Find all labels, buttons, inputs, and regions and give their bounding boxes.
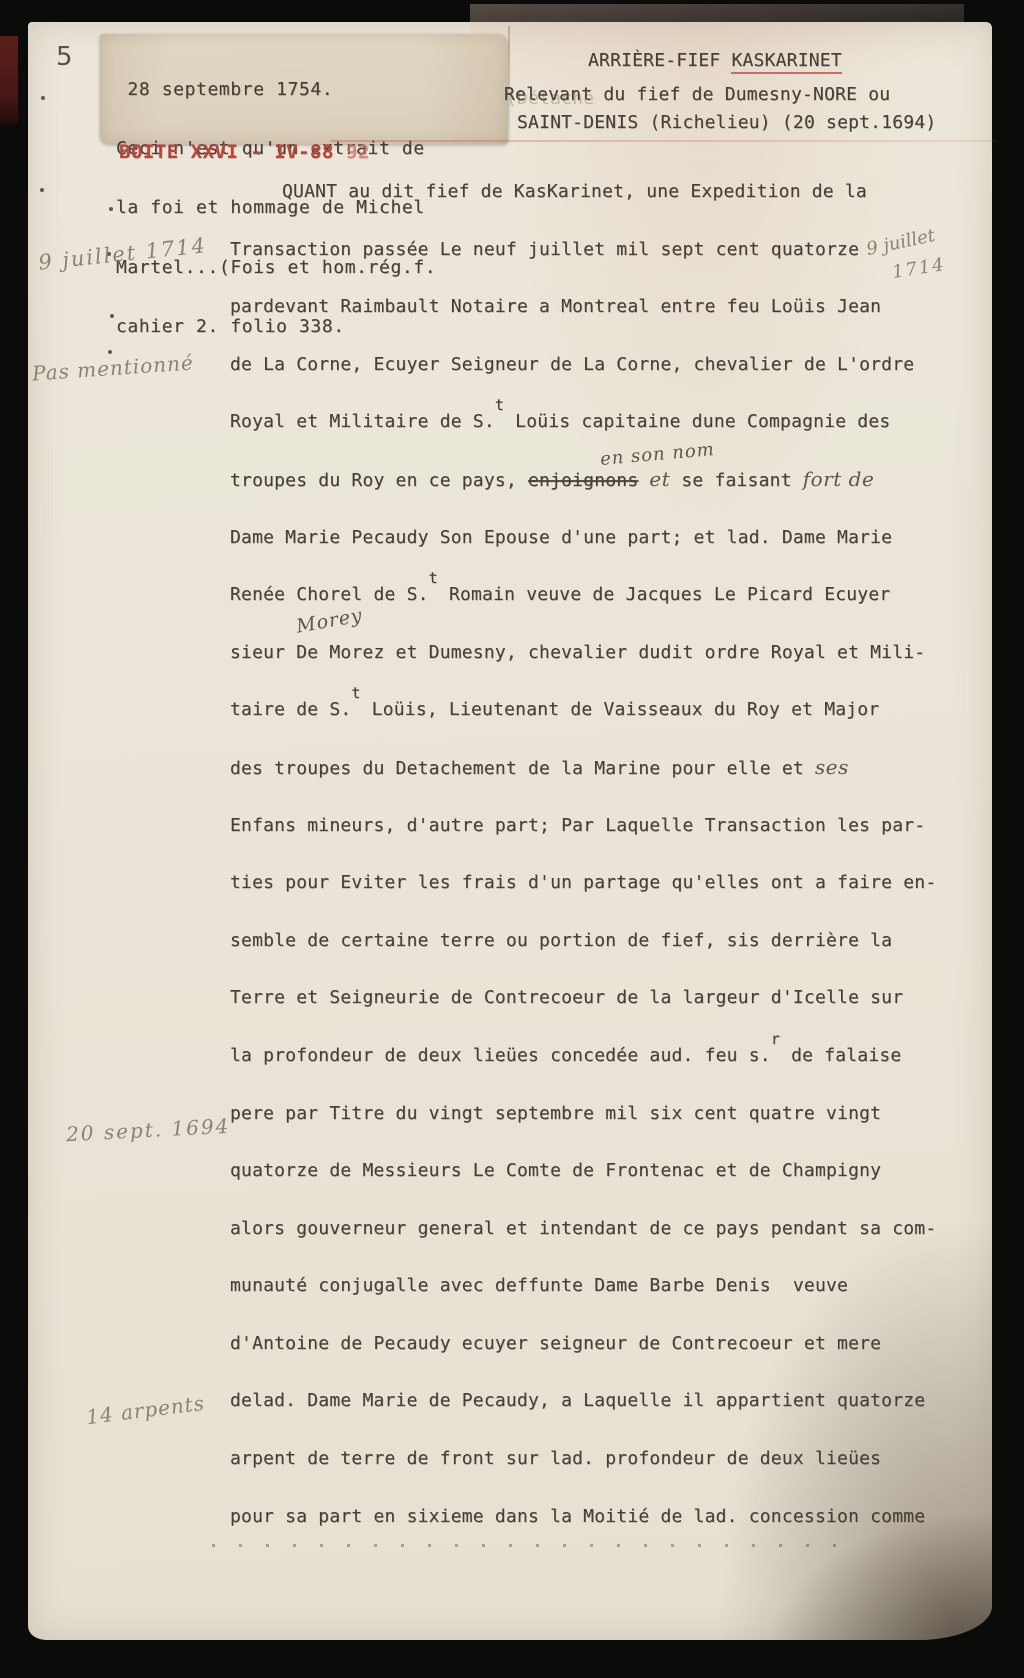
title-prefix: ARRIÈRE-FIEF [588, 50, 731, 71]
typed-text-segment: Terre et Seigneurie de Contrecoeur de la… [230, 987, 903, 1008]
typed-text-segment: se faisant [670, 470, 802, 491]
typed-text-segment: pere par Titre du vingt septembre mil si… [230, 1103, 881, 1124]
typed-text-segment: alors gouverneur general et intendant de… [230, 1218, 936, 1239]
typed-text-segment: pour sa part en sixieme dans la Moitié d… [230, 1506, 925, 1527]
body-line: pere par Titre du vingt septembre mil si… [230, 1085, 976, 1143]
typed-text-segment [638, 470, 649, 491]
body-line: munauté conjugalle avec deffunte Dame Ba… [230, 1257, 976, 1315]
puncture-dot [40, 188, 44, 192]
typed-text-segment: Romain veuve de Jacques Le Picard Ecuyer [438, 584, 891, 605]
body-line: Transaction passée Le neuf juillet mil s… [230, 221, 976, 279]
body-line: Enfans mineurs, d'autre part; Par Laquel… [230, 797, 976, 855]
typed-text-segment: de La Corne, Ecuyer Seigneur de La Corne… [230, 354, 914, 375]
stamp-faint-number: 92 [334, 141, 370, 163]
body-line: de La Corne, Ecuyer Seigneur de La Corne… [230, 336, 976, 394]
archive-box-stamp: BOITE XXVI - IV-88 92 [119, 141, 370, 163]
body-line: delad. Dame Marie de Pecaudy, a Laquelle… [230, 1372, 976, 1430]
body-line: Royal et Militaire de S.t Loüis capitain… [230, 393, 976, 451]
typed-text-segment: t [429, 550, 438, 608]
puncture-dot [108, 350, 112, 354]
red-edge-fragment [0, 36, 18, 124]
typed-text-segment: la profondeur de deux lieües concedée au… [230, 1045, 771, 1066]
typed-text-segment: QUANT au dit fief de KasKarinet, une Exp… [282, 181, 867, 202]
handwritten-correction: et [649, 467, 670, 491]
typed-text-segment: Dame Marie Pecaudy Son Epouse d'une part… [230, 527, 892, 548]
body-line: pour sa part en sixieme dans la Moitié d… [230, 1488, 976, 1546]
body-line: sieur De Morez et Dumesny, chevalier dud… [230, 624, 976, 682]
body-line: Dame Marie Pecaudy Son Epouse d'une part… [230, 509, 976, 567]
body-line: la profondeur de deux lieües concedée au… [230, 1027, 976, 1085]
typed-text-segment: Loüis capitaine dune Compagnie des [504, 411, 890, 432]
body-line: semble de certaine terre ou portion de f… [230, 912, 976, 970]
typed-text-segment: Royal et Militaire de S. [230, 411, 495, 432]
typed-text-segment: r [771, 1011, 780, 1069]
stamp-stray-line [330, 140, 996, 142]
typed-text-segment: Renée Chorel de S. [230, 584, 429, 605]
body-line: d'Antoine de Pecaudy ecuyer seigneur de … [230, 1315, 976, 1373]
typed-text-segment: Loüis, Lieutenant de Vaisseaux du Roy et… [361, 699, 880, 720]
typed-text-segment: t [495, 377, 504, 435]
typed-text-segment: sieur De Morez et Dumesny, chevalier dud… [230, 642, 925, 663]
typed-text-segment: enjoignons [528, 470, 638, 491]
typed-text-segment: ties pour Eviter les frais d'un partage … [230, 872, 936, 893]
body-line: alors gouverneur general et intendant de… [230, 1200, 976, 1258]
pasted-note-slip: 28 septembre 1754. Ceci n'est qu'un extr… [100, 34, 508, 144]
handwritten-correction: ses [815, 755, 849, 779]
document-title: ARRIÈRE-FIEF KASKARINET [588, 50, 842, 71]
handwritten-correction: fort de [803, 467, 875, 491]
typed-text-segment: troupes du Roy en ce pays, [230, 470, 528, 491]
header-line-3: SAINT-DENIS (Richelieu) (20 sept.1694) [517, 112, 936, 133]
faint-dotted-rule [212, 1544, 860, 1547]
body-line: pardevant Raimbault Notaire a Montreal e… [230, 278, 976, 336]
typed-text-segment: Enfans mineurs, d'autre part; Par Laquel… [230, 815, 925, 836]
page-number: 5 [56, 42, 73, 72]
typed-text-segment: arpent de terre de front sur lad. profon… [230, 1448, 881, 1469]
body-line: QUANT au dit fief de KasKarinet, une Exp… [230, 163, 976, 221]
body-line: ties pour Eviter les frais d'un partage … [230, 854, 976, 912]
body-line: des troupes du Detachement de la Marine … [230, 739, 976, 797]
typed-text-segment: quatorze de Messieurs Le Comte de Fronte… [230, 1160, 881, 1181]
typed-text-segment: taire de S. [230, 699, 351, 720]
puncture-dot [109, 207, 113, 211]
body-line: Terre et Seigneurie de Contrecoeur de la… [230, 969, 976, 1027]
scanned-archival-document: { "page": { "corner_number": "5", "slip"… [0, 0, 1024, 1678]
puncture-dot [41, 96, 45, 100]
typed-text-segment: d'Antoine de Pecaudy ecuyer seigneur de … [230, 1333, 881, 1354]
typed-text-segment: de falaise [780, 1045, 901, 1066]
header-line-2: Relevant du fief de Dumesny-NORE ou [504, 84, 890, 105]
typed-text-segment: t [351, 665, 360, 723]
body-line: taire de S.t Loüis, Lieutenant de Vaisse… [230, 681, 976, 739]
typed-text-segment: semble de certaine terre ou portion de f… [230, 930, 892, 951]
title-underlined-word: KASKARINET [731, 50, 841, 74]
slip-line: 28 septembre 1754. [116, 80, 436, 100]
typed-text-segment: delad. Dame Marie de Pecaudy, a Laquelle… [230, 1390, 925, 1411]
puncture-dot [110, 314, 114, 318]
typed-text-segment: des troupes du Detachement de la Marine … [230, 758, 815, 779]
body-line: quatorze de Messieurs Le Comte de Fronte… [230, 1142, 976, 1200]
stamp-text: BOITE XXVI - IV-88 [119, 141, 334, 163]
body-line: arpent de terre de front sur lad. profon… [230, 1430, 976, 1488]
body-text: QUANT au dit fief de KasKarinet, une Exp… [230, 163, 976, 1545]
typed-text-segment: Transaction passée Le neuf juillet mil s… [230, 239, 859, 260]
typed-text-segment: munauté conjugalle avec deffunte Dame Ba… [230, 1275, 848, 1296]
typed-text-segment: pardevant Raimbault Notaire a Montreal e… [230, 296, 881, 317]
